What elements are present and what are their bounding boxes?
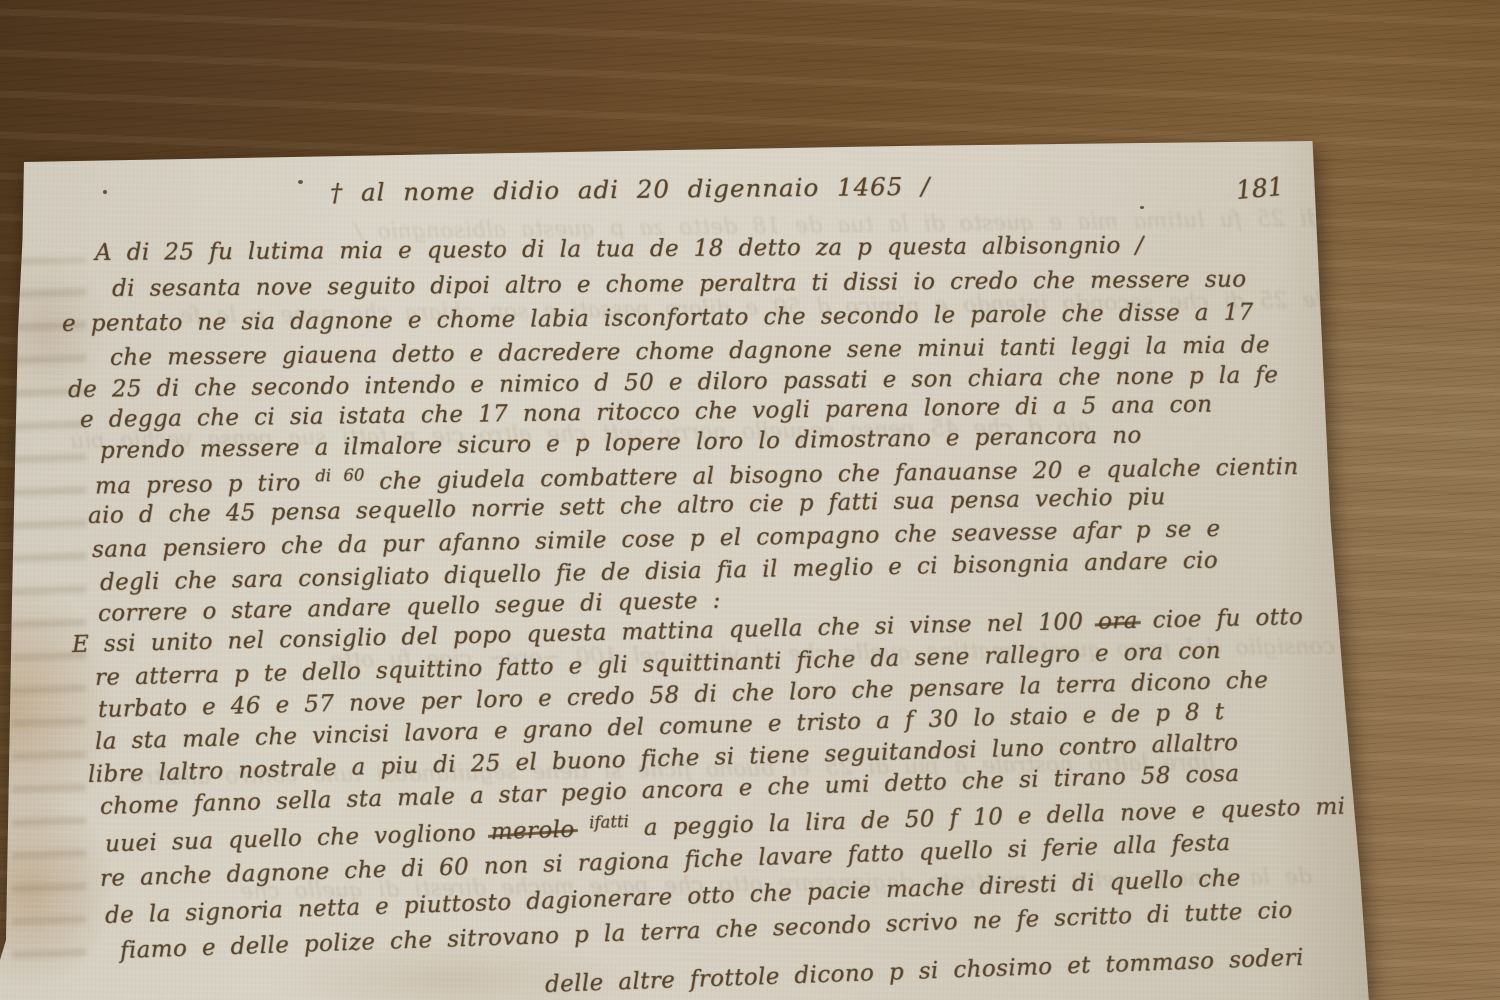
text-line: correre o stare andare quello segue di q…	[98, 588, 721, 627]
text-line: de la signoria netta e piuttosto dagione…	[105, 865, 1242, 929]
text-line: uuei sua quello che vogliono merolo ifat…	[105, 789, 1390, 857]
bleed-through-line: de la signoria netta e piuttosto dagione…	[240, 865, 1312, 905]
text-line: sana pensiero che da pur afanno simile c…	[92, 516, 1221, 563]
ink-speck	[298, 180, 303, 184]
text-line: turbato e 46 e 57 nove per loro e credo …	[98, 667, 1269, 723]
bleed-through-line: aio d che 45 pensa sequello norrie sett …	[70, 415, 1091, 454]
text-line: che messere giauena detto e dacredere ch…	[110, 332, 1270, 371]
text-line: aio d che 45 pensa sequello norrie sett …	[88, 484, 1166, 529]
text-line: libre laltro nostrale a piu di 25 el buo…	[88, 730, 1239, 788]
text-line: di sesanta nove seguito dipoi altro e ch…	[112, 266, 1247, 302]
text-line: prendo messere a ilmalore sicuro e p lop…	[100, 423, 1142, 464]
text-line: delle altre frottole dicono p si chosimo…	[545, 945, 1305, 998]
bleed-through-line: de 25 di che secondo intendo e nimico d …	[180, 288, 1330, 329]
text-line: degli che sara consigliato diquello fie …	[100, 548, 1219, 596]
page-number: 181	[1235, 172, 1285, 205]
ink-speck	[103, 190, 107, 194]
bleed-through-line: E ssi unito nel consiglio del popo quest…	[330, 632, 1500, 674]
manuscript-paper: A di 25 fu lutima mia e questo di la tua…	[0, 0, 1500, 1000]
text-line: re anche dagnone che di 60 non si ragion…	[100, 830, 1231, 892]
text-line: fiamo e delle polize che sitrovano p la …	[120, 897, 1294, 964]
text-line: de 25 di che secondo intendo e nimico d …	[68, 362, 1279, 403]
bleed-through-line: A di 25 fu lutima mia e questo di la tua…	[355, 206, 1352, 245]
text-line: A di 25 fu lutima mia e questo di la tua…	[95, 233, 1144, 266]
text-line: la sta male che vincisi lavora e grano d…	[95, 699, 1225, 755]
text-line: chome fanno sella sta male a star pegio …	[100, 761, 1240, 820]
bleed-through-margin	[12, 258, 86, 958]
text-line: E ssi unito nel consiglio del popo quest…	[72, 604, 1304, 658]
bleed-through-line: libre laltro nostrale a piu di 25 el buo…	[130, 750, 1215, 790]
header-invocation-date: † al nome didio adi 20 digennaio 1465 /	[330, 172, 931, 207]
text-line: e degga che ci sia istata che 17 nona ri…	[80, 392, 1213, 433]
ink-speck	[1140, 206, 1144, 209]
text-line: e pentato ne sia dagnone e chome labia i…	[62, 300, 1254, 337]
paper-shadow: A di 25 fu lutima mia e questo di la tua…	[0, 0, 1500, 1000]
text-line: ma preso p tiro di 60 che giudela combat…	[95, 450, 1299, 499]
text-line: re atterra p te dello squittino fatto e …	[95, 638, 1222, 691]
manuscript-photo: A di 25 fu lutima mia e questo di la tua…	[0, 0, 1500, 1000]
manuscript-text: † al nome didio adi 20 digennaio 1465 / …	[0, 0, 1500, 1000]
